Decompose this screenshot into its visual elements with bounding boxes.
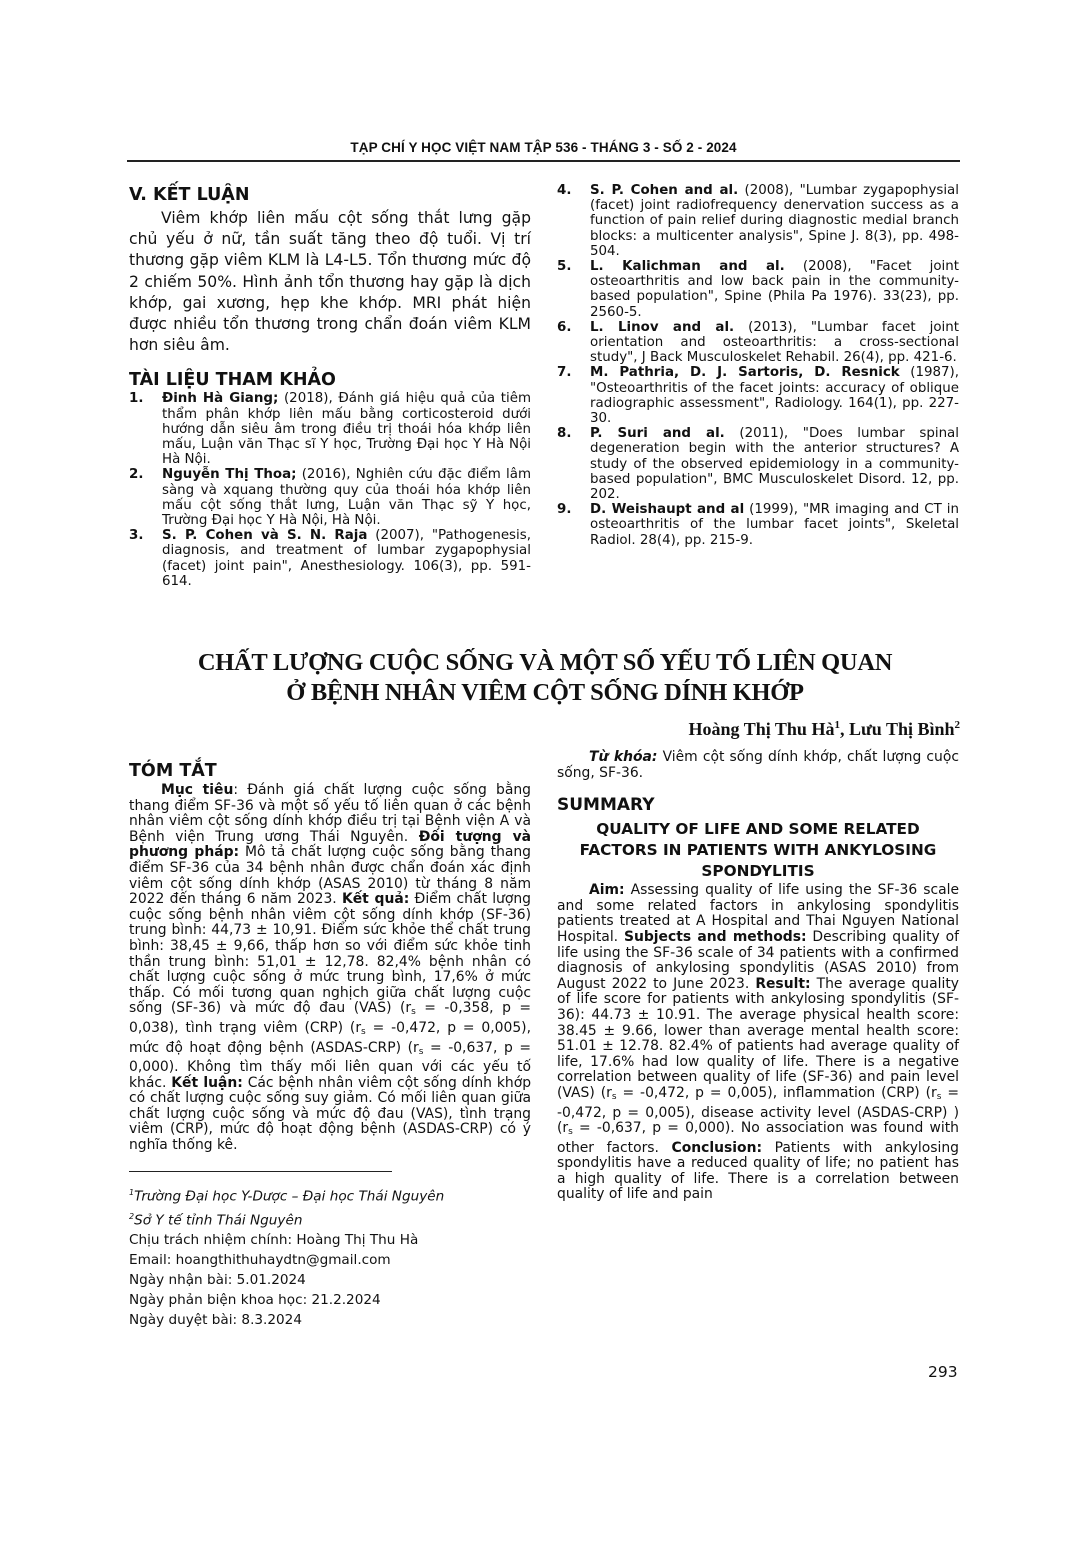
reference-authors: Đinh Hà Giang; [162,391,278,406]
affiliation-text: Sở Y tế tỉnh Thái Nguyên [134,1212,302,1228]
keywords-paragraph: Từ khóa: Viêm cột sống dính khớp, chất l… [557,750,959,781]
summary-heading: SUMMARY [557,794,959,816]
conclusion-label: Conclusion: [672,1140,763,1156]
results-text: The average quality of life score for pa… [557,976,959,1101]
aim-label: Mục tiêu [161,782,233,798]
summary-title: QUALITY OF LIFE AND SOME RELATED FACTORS… [557,819,959,882]
corresponding-author: Chịu trách nhiệm chính: Hoàng Thị Thu Hà [129,1230,539,1250]
article-title-line-1: CHẤT LƯỢNG CUỘC SỐNG VÀ MỘT SỐ YẾU TỐ LI… [130,648,960,678]
summary-text: Aim: Assessing quality of life using the… [557,883,959,1203]
reference-list-left: 1.Đinh Hà Giang; (2018), Đánh giá hiệu q… [129,391,531,589]
reference-number: 4. [557,183,571,198]
reference-authors: S. P. Cohen và S. N. Raja [162,528,367,543]
abstract-text: Mục tiêu: Đánh giá chất lượng cuộc sống … [129,783,531,1154]
footnote-divider [129,1171,392,1172]
reference-number: 6. [557,320,571,335]
running-header: TẠP CHÍ Y HỌC VIỆT NAM TẬP 536 - THÁNG 3… [127,140,960,155]
conclusion-label: Kết luận: [171,1075,243,1091]
results-label: Result: [755,976,810,992]
abstract-heading: TÓM TẮT [129,760,531,782]
references-heading: TÀI LIỆU THAM KHẢO [129,369,531,391]
article-authors: Hoàng Thị Thu Hà1, Lưu Thị Bình2 [689,719,960,740]
results-text: = -0,472, p = 0,005), inflammation (CRP)… [617,1085,937,1101]
received-date: Ngày nhận bài: 5.01.2024 [129,1270,539,1290]
reference-number: 9. [557,502,571,517]
reference-authors: P. Suri and al. [590,426,725,441]
author-separator: , [840,719,849,739]
reference-item: 3.S. P. Cohen và S. N. Raja (2007), "Pat… [129,528,531,589]
article-title-line-2: Ở BỆNH NHÂN VIÊM CỘT SỐNG DÍNH KHỚP [130,678,960,708]
reference-item: 2.Nguyễn Thị Thoa; (2016), Nghiên cứu đặ… [129,467,531,528]
affiliation-marker: 2 [955,719,961,731]
affiliation-2: 2Sở Y tế tỉnh Thái Nguyên [129,1207,539,1231]
footnotes: 1Trường Đại học Y-Dược – Đại học Thái Ng… [129,1183,539,1330]
reference-item: 4.S. P. Cohen and al. (2008), "Lumbar zy… [557,183,959,259]
reference-item: 1.Đinh Hà Giang; (2018), Đánh giá hiệu q… [129,391,531,467]
results-label: Kết quả: [342,891,409,907]
reference-authors: L. Linov and al. [590,320,734,335]
right-column-top: 4.S. P. Cohen and al. (2008), "Lumbar zy… [557,183,959,548]
page-number: 293 [928,1363,958,1381]
reference-item: 6.L. Linov and al. (2013), "Lumbar facet… [557,320,959,366]
article-title: CHẤT LƯỢNG CUỘC SỐNG VÀ MỘT SỐ YẾU TỐ LI… [130,648,960,708]
accepted-date: Ngày duyệt bài: 8.3.2024 [129,1310,539,1330]
reference-authors: M. Pathria, D. J. Sartoris, D. Resnick [590,365,900,380]
reference-number: 1. [129,391,143,406]
reference-number: 8. [557,426,571,441]
reference-item: 5.L. Kalichman and al. (2008), "Facet jo… [557,259,959,320]
right-column-bottom: Từ khóa: Viêm cột sống dính khớp, chất l… [557,750,959,1203]
abstract-vi: TÓM TẮT Mục tiêu: Đánh giá chất lượng cu… [129,760,531,1154]
author-name: Hoàng Thị Thu Hà [689,719,835,739]
reference-authors: Nguyễn Thị Thoa; [162,467,296,482]
results-text: Điểm chất lượng cuộc sống bệnh nhân viêm… [129,891,531,1016]
reference-item: 8.P. Suri and al. (2011), "Does lumbar s… [557,426,959,502]
methods-label: Subjects and methods: [624,929,807,945]
reference-authors: S. P. Cohen and al. [590,183,738,198]
affiliation-1: 1Trường Đại học Y-Dược – Đại học Thái Ng… [129,1183,539,1207]
reference-list-right: 4.S. P. Cohen and al. (2008), "Lumbar zy… [557,183,959,548]
keywords-label: Từ khóa: [589,749,657,765]
left-column-top: V. KẾT LUẬN Viêm khớp liên mấu cột sống … [129,184,531,589]
author-name: Lưu Thị Bình [849,719,955,739]
review-date: Ngày phản biện khoa học: 21.2.2024 [129,1290,539,1310]
header-divider [127,160,960,162]
affiliation-text: Trường Đại học Y-Dược – Đại học Thái Ngu… [134,1189,444,1205]
reference-number: 5. [557,259,571,274]
reference-number: 2. [129,467,143,482]
reference-number: 3. [129,528,143,543]
reference-number: 7. [557,365,571,380]
reference-item: 9.D. Weishaupt and al (1999), "MR imagin… [557,502,959,548]
reference-authors: L. Kalichman and al. [590,259,785,274]
conclusion-text: Viêm khớp liên mấu cột sống thắt lưng gặ… [129,208,531,356]
aim-label: Aim: [589,882,625,898]
contact-email: Email: hoangthithuhaydtn@gmail.com [129,1250,539,1270]
reference-authors: D. Weishaupt and al [590,502,744,517]
journal-page: TẠP CHÍ Y HỌC VIỆT NAM TẬP 536 - THÁNG 3… [0,0,1090,1541]
conclusion-heading: V. KẾT LUẬN [129,184,531,206]
reference-item: 7.M. Pathria, D. J. Sartoris, D. Resnick… [557,365,959,426]
